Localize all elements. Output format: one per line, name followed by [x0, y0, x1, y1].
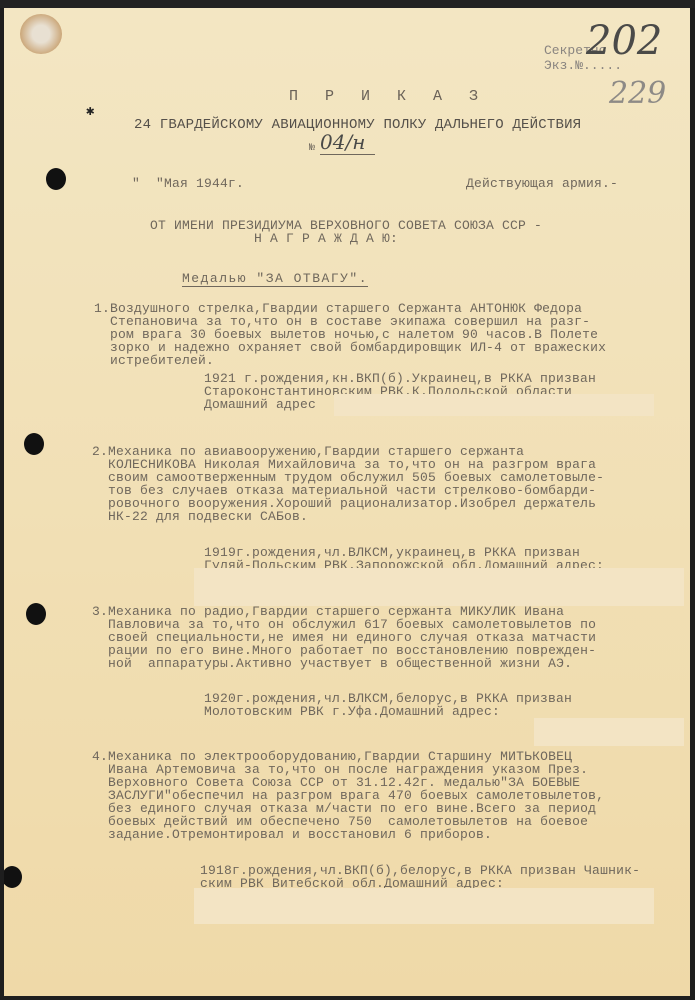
entry-line: ной аппаратуры.Активно участвует в общес…	[92, 656, 572, 671]
redacted-area	[534, 718, 684, 746]
punch-hole	[26, 603, 46, 625]
paper-stain	[20, 14, 62, 54]
punch-hole	[46, 168, 66, 190]
document-page: ✱ Секретно Экз.№..... 202 229 П Р И К А …	[4, 8, 690, 996]
preamble-line-2: Н А Г Р А Ж Д А Ю:	[254, 231, 398, 246]
entry-bio-line: Молотовским РВК г.Уфа.Домашний адрес:	[204, 704, 500, 719]
entry-bio-line: Домашний адрес	[204, 397, 316, 412]
redacted-area	[194, 568, 684, 606]
ink-mark: ✱	[86, 103, 94, 120]
order-location: Действующая армия.-	[466, 176, 618, 191]
handwritten-page-number-old: 229	[609, 76, 666, 111]
document-title: П Р И К А З	[289, 88, 487, 105]
order-number: 04/н	[320, 130, 375, 155]
order-date: " "Мая 1944г.	[132, 176, 244, 191]
punch-hole	[24, 433, 44, 455]
number-label: №	[309, 143, 315, 154]
redacted-area	[194, 888, 654, 924]
redacted-area	[334, 394, 654, 416]
entry-line: НК-22 для подвески САБов.	[92, 509, 308, 524]
entry-line: истребителей.	[94, 353, 214, 368]
award-heading: Медалью "ЗА ОТВАГУ".	[182, 271, 368, 287]
scan-border	[0, 0, 695, 8]
entry-line: задание.Отремонтировал и восстановил 6 п…	[92, 827, 492, 842]
handwritten-page-number: 202	[586, 18, 662, 64]
punch-hole	[4, 866, 22, 888]
